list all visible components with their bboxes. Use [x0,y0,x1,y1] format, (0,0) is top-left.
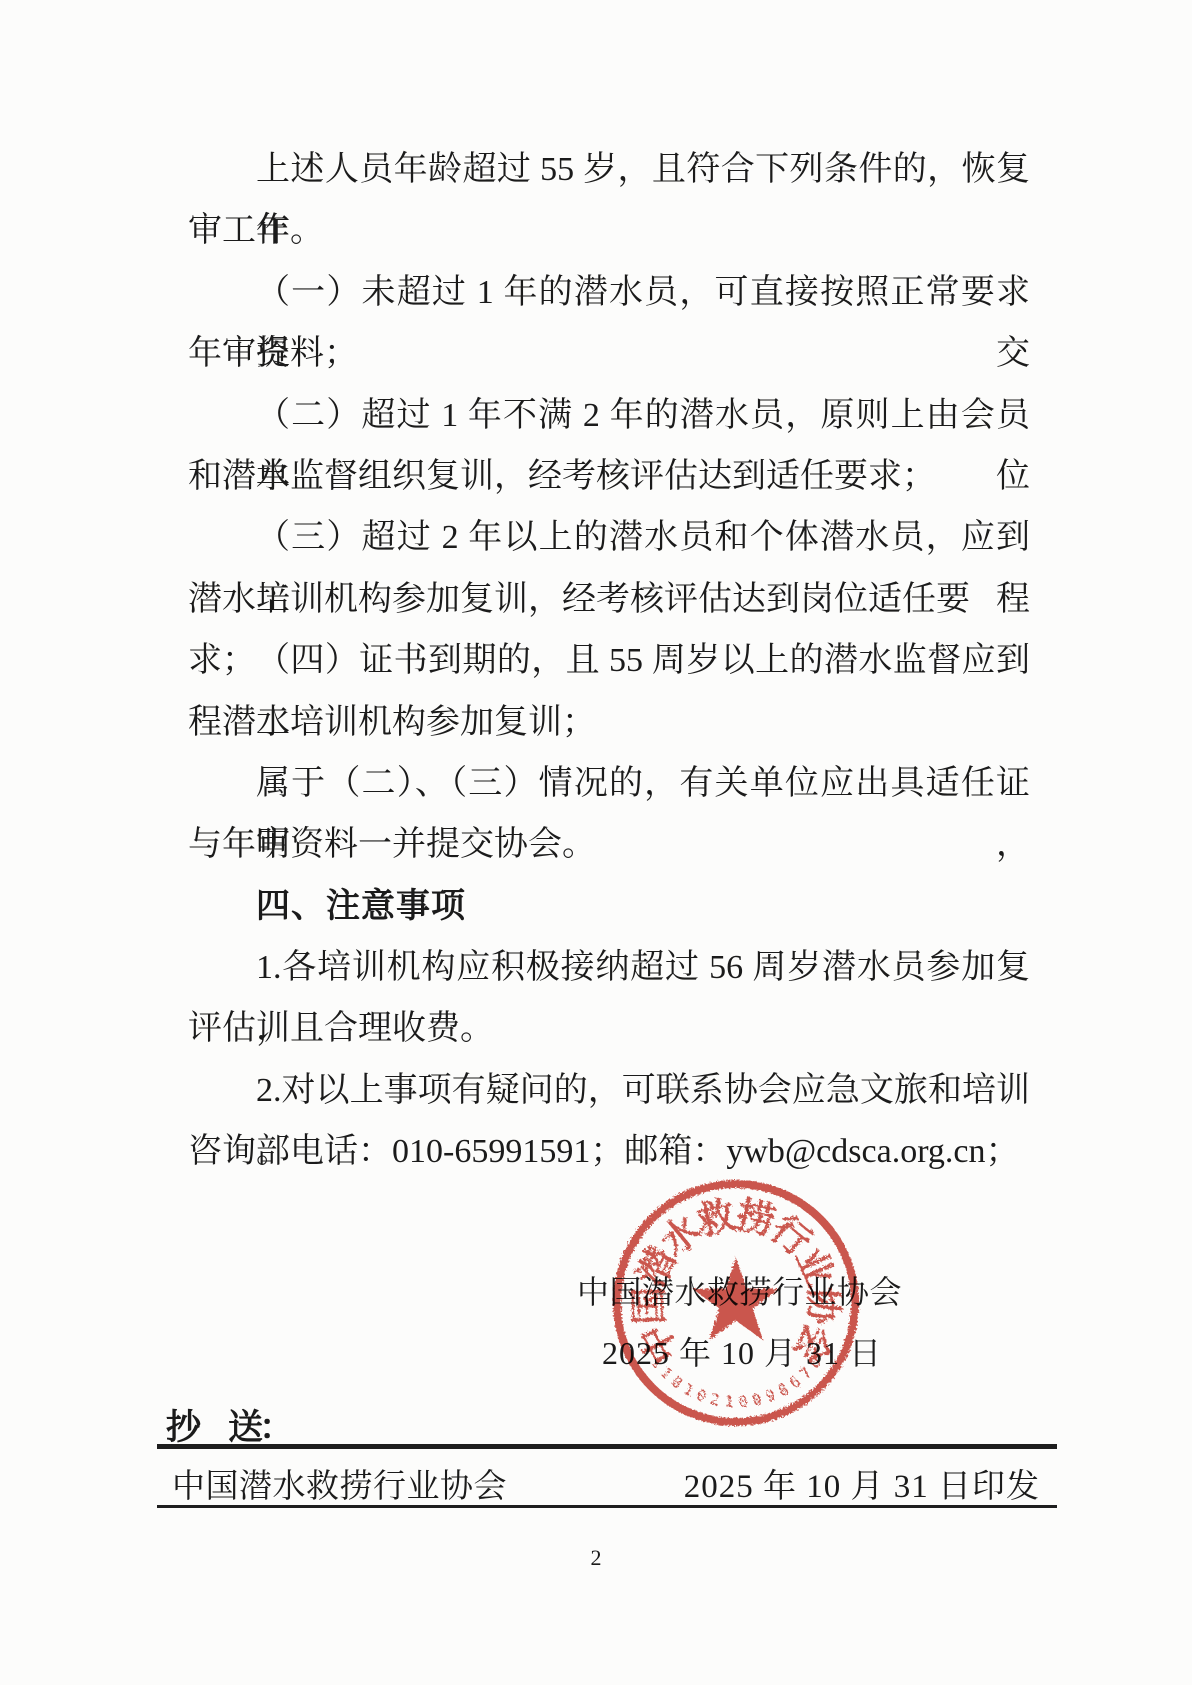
page-number: 2 [0,1545,1192,1571]
svg-text:水: 水 [653,1208,709,1265]
document-line: 2.对以上事项有疑问的，可联系协会应急文旅和培训部 [188,1060,1030,1121]
document-line: 咨询。电话：010-65991591；邮箱：ywb@cdsca.org.cn； [188,1121,1030,1182]
svg-text:0: 0 [738,1392,748,1411]
section-heading: 四、注意事项 [188,876,1030,937]
document-line: 评估，且合理收费。 [188,998,1030,1059]
signature-org: 中国潜水救捞行业协会 [577,1269,902,1315]
svg-text:捞: 捞 [732,1194,779,1244]
document-line: 潜水培训机构参加复训，经考核评估达到岗位适任要求； [188,569,1030,630]
document-line: 上述人员年龄超过 55 岁，且符合下列条件的，恢复年 [188,139,1030,200]
document-line: 和潜水监督组织复训，经考核评估达到适任要求； [188,446,1030,507]
signature-date: 2025 年 10 月 31 日 [602,1330,882,1376]
svg-text:0: 0 [751,1390,764,1410]
document-line: （二）超过 1 年不满 2 年的潜水员，原则上由会员单位 [188,385,1030,446]
document-line: 程潜水培训机构参加复训； [188,692,1030,753]
svg-text:行: 行 [762,1208,818,1265]
svg-text:2: 2 [709,1390,722,1410]
colophon-rule-bottom [157,1505,1057,1508]
document-line: （一）未超过 1 年的潜水员，可直接按照正常要求提交 [188,262,1030,323]
colophon-issuer: 中国潜水救捞行业协会 [172,1464,507,1510]
svg-text:1: 1 [680,1380,697,1400]
colophon-issue-date: 2025 年 10 月 31 日印发 [684,1464,1040,1510]
svg-text:8: 8 [775,1380,792,1400]
document-line: （三）超过 2 年以上的潜水员和个体潜水员，应到工程 [188,507,1030,568]
svg-text:救: 救 [693,1194,740,1244]
document-line: 1.各培训机构应积极接纳超过 56 周岁潜水员参加复训 [188,937,1030,998]
document-body: 上述人员年龄超过 55 岁，且符合下列条件的，恢复年审工作。（一）未超过 1 年… [188,139,1030,1183]
document-line: 审工作。 [188,200,1030,261]
svg-text:9: 9 [763,1386,778,1406]
svg-text:0: 0 [694,1386,709,1406]
svg-text:1: 1 [724,1392,734,1411]
document-page: 上述人员年龄超过 55 岁，且符合下列条件的，恢复年审工作。（一）未超过 1 年… [0,0,1192,1685]
document-line: 属于（二）、（三）情况的，有关单位应出具适任证明， [188,753,1030,814]
colophon-rule-top [157,1444,1057,1449]
document-line: （四）证书到期的，且 55 周岁以上的潜水监督应到工 [188,630,1030,691]
